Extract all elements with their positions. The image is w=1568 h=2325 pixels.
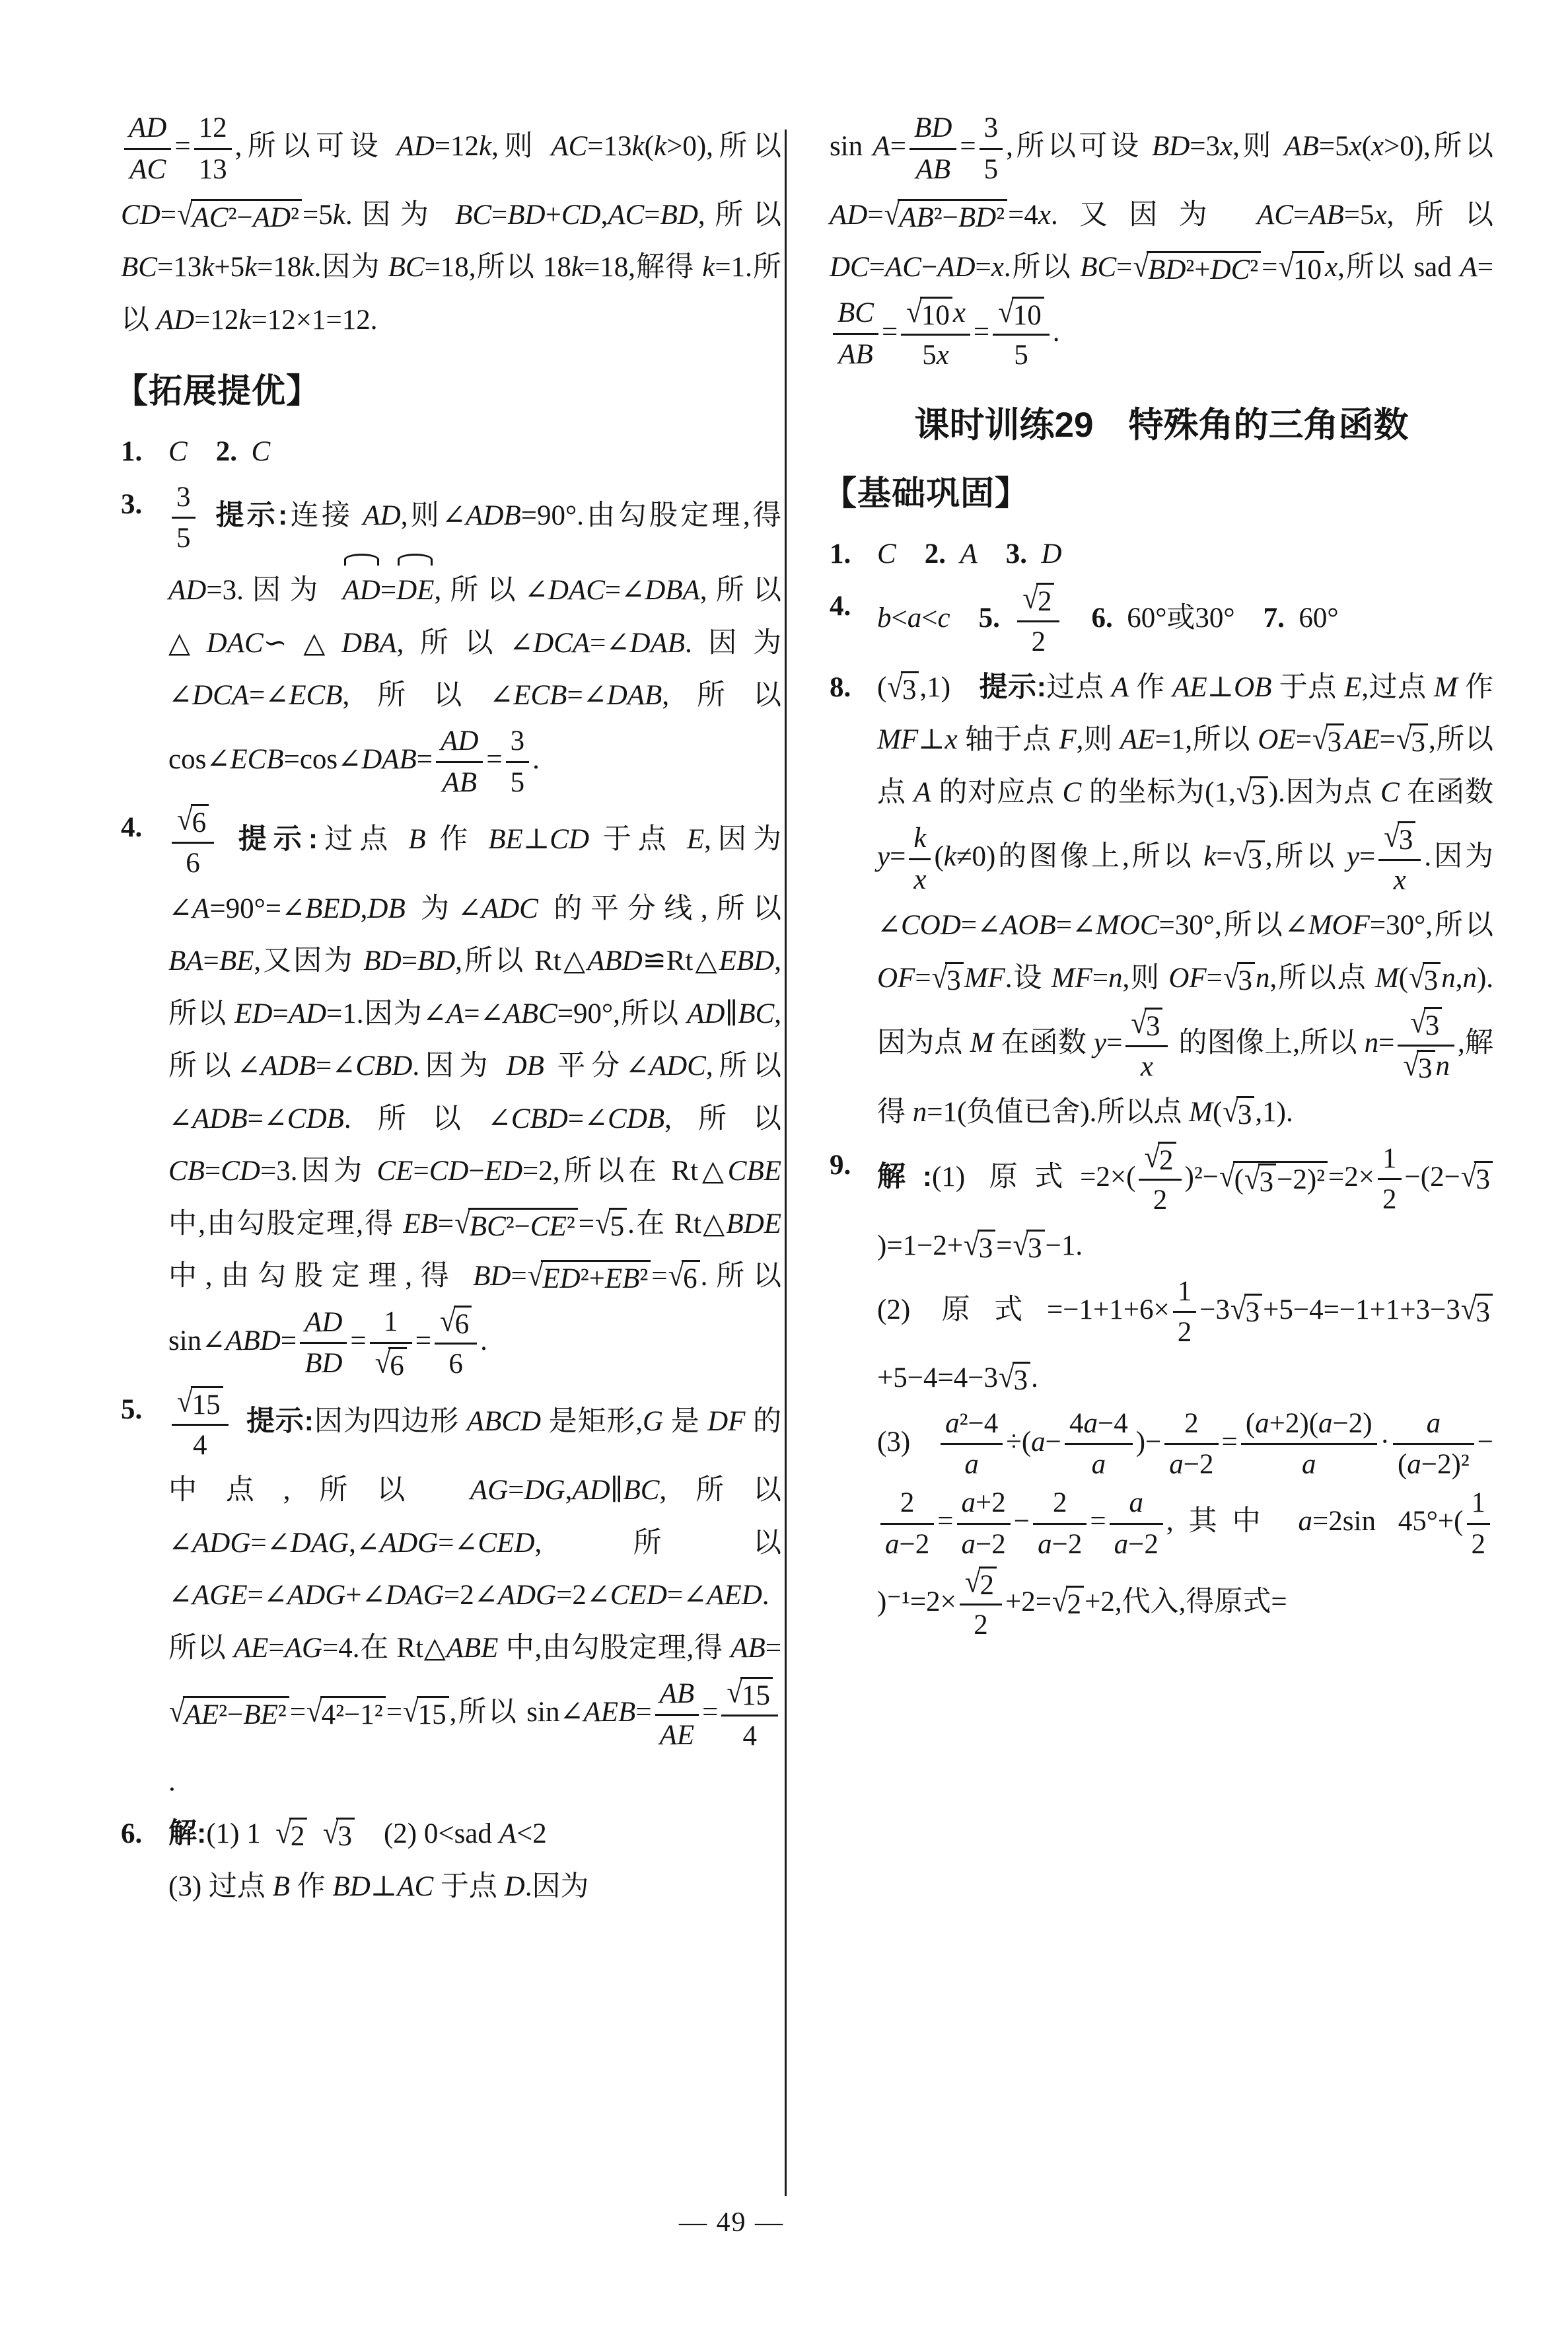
fraction: ADBD	[300, 1305, 347, 1382]
square-root: √(√3−2)²	[1219, 1161, 1328, 1199]
fraction: 35	[506, 723, 530, 801]
paragraph: sin A=BDAB=35,所以可设 BD=3x,则 AB=5x(x>0),所以…	[830, 109, 1493, 375]
square-root: √BC²−CE²	[454, 1208, 578, 1243]
square-root: √3	[1461, 1294, 1493, 1329]
fraction: √66	[435, 1304, 477, 1382]
square-root: √3	[999, 1362, 1030, 1397]
fraction: √154	[721, 1676, 778, 1753]
square-root: √5	[595, 1208, 627, 1243]
answer-number: 3.	[1006, 538, 1027, 570]
paragraph: C 2. C	[168, 425, 781, 478]
page-number: — 49 —	[0, 2207, 1463, 2238]
square-root: √6	[668, 1260, 700, 1295]
square-root: √15	[403, 1696, 449, 1731]
answer-item: 1.C 2. C	[121, 425, 781, 478]
item-content: C 2. C	[168, 425, 781, 478]
square-root: √2	[1144, 1142, 1176, 1177]
fraction: 35	[980, 110, 1003, 188]
paragraph: b<a<c 5. √22 6. 60°或30° 7. 60°	[877, 580, 1493, 661]
item-number: 1.	[830, 528, 877, 581]
fraction: BCAB	[833, 295, 878, 373]
bold-label: 提示:	[246, 1405, 314, 1437]
square-root: √3	[964, 1230, 995, 1265]
workbook-page: ADAC=1213,所以可设 AD=12k,则 AC=13k(k>0),所以 C…	[0, 0, 1568, 2325]
fraction: aa−2	[1110, 1485, 1163, 1563]
item-number: 4.	[830, 580, 877, 633]
square-root: √4²−1²	[306, 1696, 386, 1731]
section-heading: 【基础巩固】	[823, 466, 1493, 515]
square-root: √AC²−AD²	[177, 199, 302, 234]
section-heading: 【拓展提优】	[114, 363, 781, 412]
square-root: √15	[727, 1677, 773, 1712]
item-number: 8.	[830, 661, 877, 714]
column-divider	[785, 129, 787, 2196]
square-root: √3	[1236, 776, 1268, 811]
bold-label: 解:	[877, 1161, 932, 1193]
fraction: BDAB	[909, 110, 956, 188]
square-root: √BD²+DC²	[1133, 251, 1261, 286]
fraction: 12	[1467, 1485, 1491, 1563]
paragraph: (√3,1) 提示:过点 A 作 AE⊥OB 于点 E,过点 M 作 MF⊥x …	[877, 661, 1493, 1139]
square-root: √10	[906, 297, 952, 332]
fraction: 1213	[194, 110, 232, 188]
square-root: √3	[1244, 1163, 1276, 1199]
paragraph: ADAC=1213,所以可设 AD=12k,则 AC=13k(k>0),所以 C…	[121, 109, 781, 346]
item-number: 3.	[121, 478, 168, 531]
square-root: √3	[932, 962, 964, 997]
square-root: √6	[177, 804, 209, 839]
answer-number: 5.	[979, 603, 1000, 634]
lesson-title: 课时训练29 特殊角的三角函数	[830, 397, 1493, 447]
item-content: √66 提示:过点 B 作 BE⊥CD 于点 E,因为∠A=90°=∠BED,D…	[168, 801, 781, 1384]
paragraph: (3) a²−4a÷(a−4a−4a)−2a−2=(a+2)(a−2)a·a(a…	[877, 1405, 1493, 1644]
fraction: √22	[1139, 1140, 1181, 1218]
item-number: 1.	[121, 425, 168, 478]
square-root: √3	[1223, 1096, 1254, 1131]
square-root: √10	[998, 297, 1044, 332]
fraction: √3x	[1378, 820, 1421, 898]
arc-symbol: AD	[343, 564, 380, 617]
square-root: √2	[1022, 583, 1054, 618]
fraction: a(a−2)²	[1393, 1406, 1474, 1483]
bold-label: 提示:	[979, 671, 1046, 703]
item-number: 5.	[121, 1384, 168, 1436]
item-content: 解:(1) 1 √2 √3 (2) 0<sad A<2(3) 过点 B 作 BD…	[168, 1808, 781, 1913]
paragraph: √66 提示:过点 B 作 BE⊥CD 于点 E,因为∠A=90°=∠BED,D…	[168, 801, 781, 1384]
fraction: 12	[1173, 1274, 1197, 1351]
item-number: 4.	[121, 801, 168, 854]
item-number: 6.	[121, 1808, 168, 1861]
square-root: √3	[1131, 1008, 1162, 1043]
paragraph: 解:(1) 1 √2 √3 (2) 0<sad A<2	[168, 1808, 781, 1861]
answer-number: 2.	[925, 538, 946, 570]
answer-item: 6.解:(1) 1 √2 √3 (2) 0<sad A<2(3) 过点 B 作 …	[121, 1808, 781, 1913]
fraction: √22	[960, 1565, 1002, 1643]
fraction: 2a−2	[1033, 1485, 1087, 1563]
square-root: √3	[1384, 821, 1415, 856]
fraction: (a+2)(a−2)a	[1241, 1406, 1377, 1483]
square-root: √3	[1403, 1050, 1435, 1085]
bold-label: 解:	[168, 1818, 206, 1849]
square-root: √3	[1230, 1294, 1262, 1329]
square-root: √AB²−BD²	[884, 199, 1008, 234]
square-root: √3	[1410, 1007, 1442, 1042]
square-root: √AE²−BE²	[169, 1696, 289, 1731]
left-column: ADAC=1213,所以可设 AD=12k,则 AC=13k(k>0),所以 C…	[121, 109, 781, 1913]
square-root: √2	[965, 1567, 997, 1602]
square-root: √3	[1233, 840, 1265, 875]
fraction: ADAC	[124, 110, 171, 188]
fraction: √66	[172, 803, 214, 881]
item-content: C 2. A 3. D	[877, 528, 1493, 581]
square-root: √2	[275, 1818, 307, 1853]
square-root: √6	[440, 1306, 472, 1341]
square-root: √3	[887, 671, 919, 706]
fraction: a+2a−2	[957, 1485, 1011, 1563]
paragraph: C 2. A 3. D	[877, 528, 1493, 581]
paragraph: 解:(1) 原式=2×(√22)²−√(√3−2)²=2×12−(2−√3)=1…	[877, 1139, 1493, 1273]
bold-label: 提示:	[232, 823, 318, 855]
fraction: √10x5x	[901, 295, 970, 373]
answer-item: 8.(√3,1) 提示:过点 A 作 AE⊥OB 于点 E,过点 M 作 MF⊥…	[830, 661, 1493, 1139]
item-content: √154 提示:因为四边形 ABCD 是矩形,G 是 DF 的中点,所以 AG=…	[168, 1384, 781, 1808]
square-root: √2	[1052, 1586, 1084, 1621]
fraction: 12	[1378, 1141, 1402, 1218]
square-root: √3	[1223, 962, 1255, 997]
fraction: ADAB	[436, 723, 483, 801]
fraction: √22	[1017, 581, 1059, 659]
square-root: √ED²+EB²	[528, 1260, 651, 1295]
square-root: √6	[375, 1347, 407, 1382]
fraction: 2a−2	[880, 1485, 934, 1563]
bold-label: 提示:	[213, 499, 287, 531]
right-column: sin A=BDAB=35,所以可设 BD=3x,则 AB=5x(x>0),所以…	[830, 109, 1493, 1644]
fraction: √3√3n	[1398, 1006, 1454, 1085]
item-content: b<a<c 5. √22 6. 60°或30° 7. 60°	[877, 580, 1493, 661]
fraction: 1√6	[370, 1304, 412, 1382]
square-root: √15	[177, 1386, 223, 1421]
answer-item: 3.35 提示:连接 AD,则∠ADB=90°.由勾股定理,得 AD=3.因为 …	[121, 478, 781, 802]
square-root: √3	[323, 1818, 355, 1853]
fraction: 2a−2	[1164, 1406, 1218, 1483]
answer-number: 6.	[1091, 603, 1112, 634]
item-content: 35 提示:连接 AD,则∠ADB=90°.由勾股定理,得 AD=3.因为 AD…	[168, 478, 781, 802]
fraction: √154	[172, 1385, 229, 1463]
arc-symbol: DE	[396, 564, 434, 617]
paragraph: (3) 过点 B 作 BD⊥AC 于点 D.因为	[168, 1861, 781, 1913]
square-root: √3	[1396, 723, 1428, 758]
answer-item: 9.解:(1) 原式=2×(√22)²−√(√3−2)²=2×12−(2−√3)…	[830, 1139, 1493, 1644]
answer-item: 4.√66 提示:过点 B 作 BE⊥CD 于点 E,因为∠A=90°=∠BED…	[121, 801, 781, 1384]
item-content: 解:(1) 原式=2×(√22)²−√(√3−2)²=2×12−(2−√3)=1…	[877, 1139, 1493, 1644]
fraction: 4a−4a	[1065, 1406, 1133, 1483]
fraction: kx	[909, 821, 931, 898]
item-number: 9.	[830, 1139, 877, 1192]
square-root: √3	[1013, 1230, 1044, 1265]
fraction: 35	[172, 480, 196, 557]
answer-number: 2.	[216, 436, 237, 467]
square-root: √3	[1461, 1161, 1493, 1196]
paragraph: 35 提示:连接 AD,则∠ADB=90°.由勾股定理,得 AD=3.因为 AD…	[168, 478, 781, 802]
answer-item: 5.√154 提示:因为四边形 ABCD 是矩形,G 是 DF 的中点,所以 A…	[121, 1384, 781, 1808]
answer-item: 1.C 2. A 3. D	[830, 528, 1493, 581]
paragraph: √154 提示:因为四边形 ABCD 是矩形,G 是 DF 的中点,所以 AG=…	[168, 1384, 781, 1808]
fraction: √105	[993, 295, 1050, 373]
item-content: (√3,1) 提示:过点 A 作 AE⊥OB 于点 E,过点 M 作 MF⊥x …	[877, 661, 1493, 1139]
answer-number: 7.	[1264, 603, 1285, 634]
square-root: √10	[1278, 251, 1324, 286]
fraction: a²−4a	[941, 1406, 1003, 1483]
paragraph: (2) 原式=−1+1+6×12−3√3+5−4=−1+1+3−3√3+5−4=…	[877, 1273, 1493, 1405]
answer-item: 4.b<a<c 5. √22 6. 60°或30° 7. 60°	[830, 580, 1493, 661]
fraction: √3x	[1125, 1006, 1168, 1084]
square-root: √3	[1409, 962, 1441, 997]
square-root: √3	[1312, 723, 1344, 758]
fraction: ABAE	[655, 1676, 699, 1753]
